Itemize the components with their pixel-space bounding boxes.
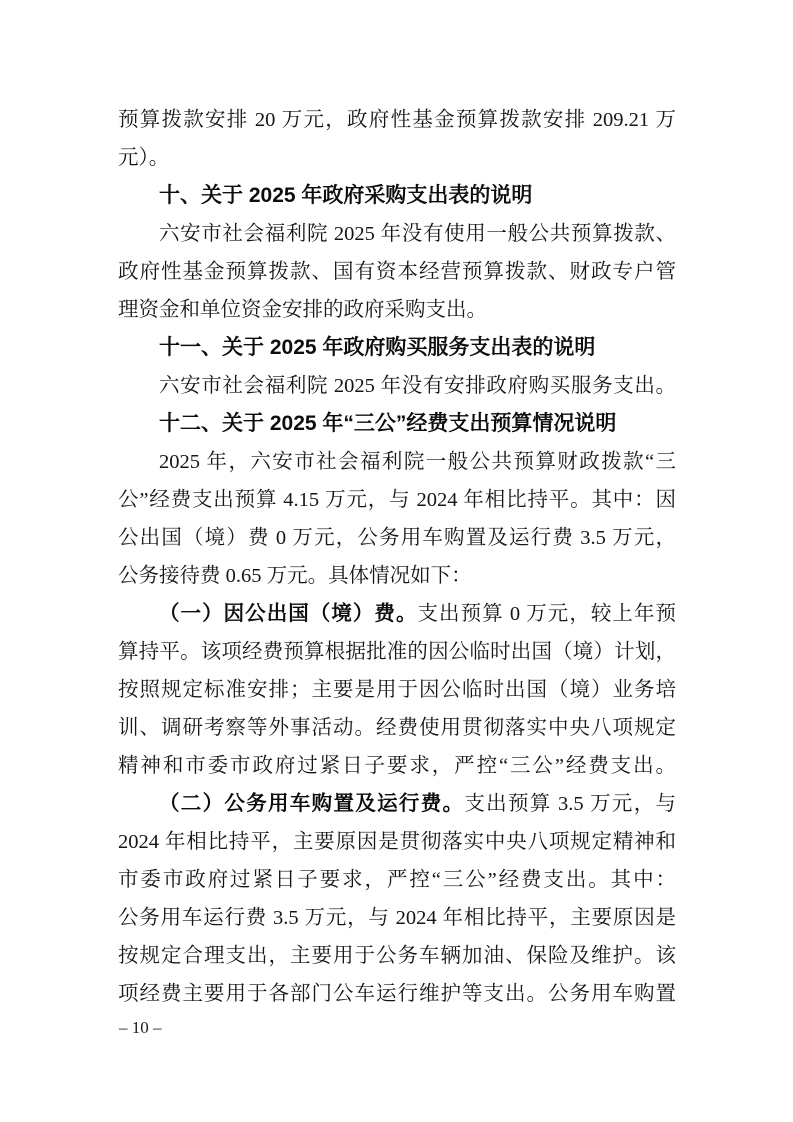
text-line: 公务接待费 0.65 万元。具体情况如下： bbox=[118, 557, 676, 595]
paragraph-lead-bold: （二）公务用车购置及运行费。 bbox=[159, 792, 464, 815]
text-line: （一）因公出国（境）费。支出预算 0 万元，较上年预 bbox=[118, 595, 676, 633]
text-line: 公”经费支出预算 4.15 万元，与 2024 年相比持平。其中：因 bbox=[118, 481, 676, 519]
text-line: 训、调研考察等外事活动。经费使用贯彻落实中央八项规定 bbox=[118, 709, 676, 747]
document-body: 预算拨款安排 20 万元，政府性基金预算拨款安排 209.21 万 元）。 十、… bbox=[118, 101, 676, 1013]
paragraph-lead-bold: （一）因公出国（境）费。 bbox=[159, 602, 418, 625]
text-line: 项经费主要用于各部门公车运行维护等支出。公务用车购置 bbox=[118, 975, 676, 1013]
text-line: 政府性基金预算拨款、国有资本经营预算拨款、财政专户管 bbox=[118, 253, 676, 291]
text-line: 按照规定标准安排；主要是用于因公临时出国（境）业务培 bbox=[118, 671, 676, 709]
page-number: – 10 – bbox=[119, 1014, 162, 1042]
text-line: 元）。 bbox=[118, 139, 676, 177]
text-line: 2024 年相比持平，主要原因是贯彻落实中央八项规定精神和 bbox=[118, 823, 676, 861]
text-line: 算持平。该项经费预算根据批准的因公临时出国（境）计划， bbox=[118, 633, 676, 671]
text-line: 按规定合理支出，主要用于公务车辆加油、保险及维护。该 bbox=[118, 937, 676, 975]
section-heading-10: 十、关于 2025 年政府采购支出表的说明 bbox=[118, 177, 676, 215]
document-page: 预算拨款安排 20 万元，政府性基金预算拨款安排 209.21 万 元）。 十、… bbox=[0, 0, 793, 1122]
text-line: 2025 年，六安市社会福利院一般公共预算财政拨款“三 bbox=[118, 443, 676, 481]
section-heading-12: 十二、关于 2025 年“三公”经费支出预算情况说明 bbox=[118, 405, 676, 443]
text-line-tail: 支出预算 0 万元，较上年预 bbox=[418, 603, 677, 625]
text-line: 理资金和单位资金安排的政府采购支出。 bbox=[118, 291, 676, 329]
text-line: 六安市社会福利院 2025 年没有使用一般公共预算拨款、 bbox=[118, 215, 676, 253]
text-line: 精神和市委市政府过紧日子要求，严控“三公”经费支出。 bbox=[118, 747, 676, 785]
text-line: 公务用车运行费 3.5 万元，与 2024 年相比持平，主要原因是 bbox=[118, 899, 676, 937]
text-line: （二）公务用车购置及运行费。支出预算 3.5 万元，与 bbox=[118, 785, 676, 823]
text-line: 预算拨款安排 20 万元，政府性基金预算拨款安排 209.21 万 bbox=[118, 101, 676, 139]
text-line: 市委市政府过紧日子要求，严控“三公”经费支出。其中： bbox=[118, 861, 676, 899]
text-line: 六安市社会福利院 2025 年没有安排政府购买服务支出。 bbox=[118, 367, 676, 405]
text-line-tail: 支出预算 3.5 万元，与 bbox=[464, 793, 676, 815]
section-heading-11: 十一、关于 2025 年政府购买服务支出表的说明 bbox=[118, 329, 676, 367]
text-line: 公出国（境）费 0 万元，公务用车购置及运行费 3.5 万元， bbox=[118, 519, 676, 557]
